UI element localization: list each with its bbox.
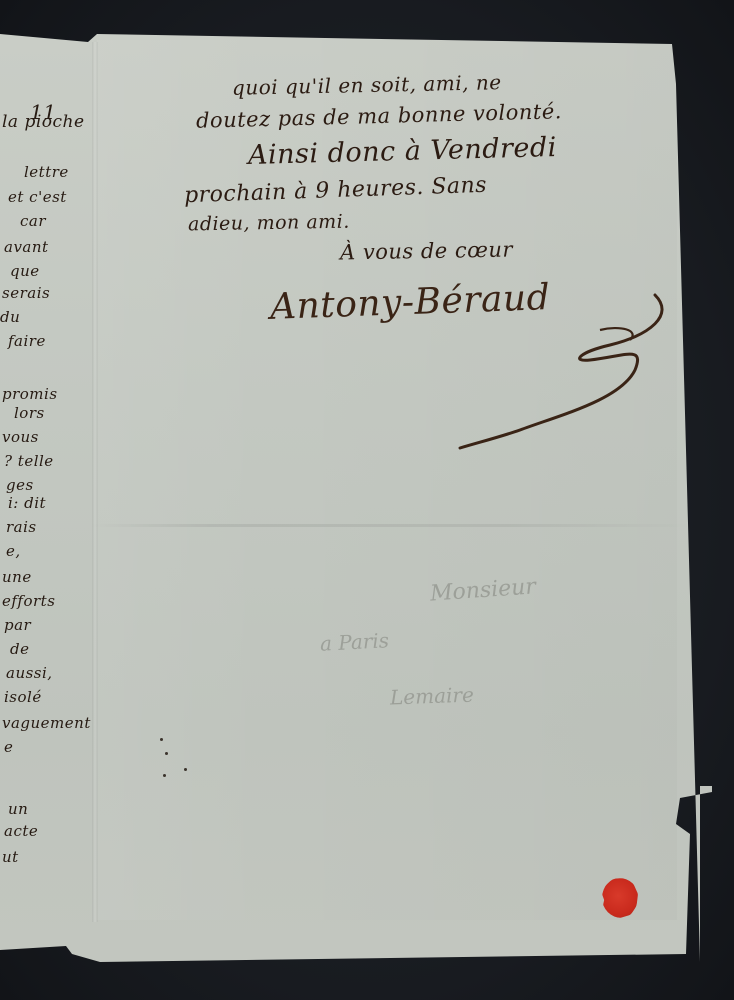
left-line: lettre xyxy=(24,163,69,181)
left-line: efforts xyxy=(2,592,55,610)
left-line: isolé xyxy=(4,688,42,706)
left-line: vous xyxy=(2,428,39,446)
left-line: ges xyxy=(6,476,34,494)
left-line: serais xyxy=(2,284,50,302)
signature-flourish-icon xyxy=(450,290,680,450)
right-page xyxy=(97,40,677,920)
left-line: promis xyxy=(2,385,58,403)
vertical-fold-line xyxy=(92,42,98,922)
left-line: aussi, xyxy=(6,664,53,682)
left-line: vaguement xyxy=(2,714,91,732)
left-line: avant xyxy=(4,238,49,256)
left-line: du xyxy=(0,308,20,326)
left-line: la pioche xyxy=(2,112,85,132)
red-wax-seal xyxy=(602,878,638,918)
left-line: lors xyxy=(14,404,45,422)
bleed-line: a Paris xyxy=(319,628,389,656)
letter-line-5: adieu, mon ami. xyxy=(188,211,350,236)
left-line: par xyxy=(4,616,31,634)
left-line: car xyxy=(20,212,46,230)
left-line: rais xyxy=(6,518,37,536)
left-line: faire xyxy=(8,332,46,350)
left-line: de xyxy=(10,640,29,658)
left-line: un xyxy=(8,800,28,818)
left-line: une xyxy=(2,568,32,586)
left-line: e xyxy=(4,738,13,756)
left-line: que xyxy=(10,262,40,280)
left-line: acte xyxy=(4,822,38,840)
left-line: e, xyxy=(6,542,21,560)
horizontal-crease xyxy=(90,524,690,527)
left-line: ut xyxy=(2,848,19,866)
left-line: et c'est xyxy=(8,188,67,206)
left-line: i: dit xyxy=(8,494,46,512)
left-line: ? telle xyxy=(4,452,54,470)
letter-closing: À vous de cœur xyxy=(340,237,513,264)
bleed-line: Lemaire xyxy=(390,683,475,710)
